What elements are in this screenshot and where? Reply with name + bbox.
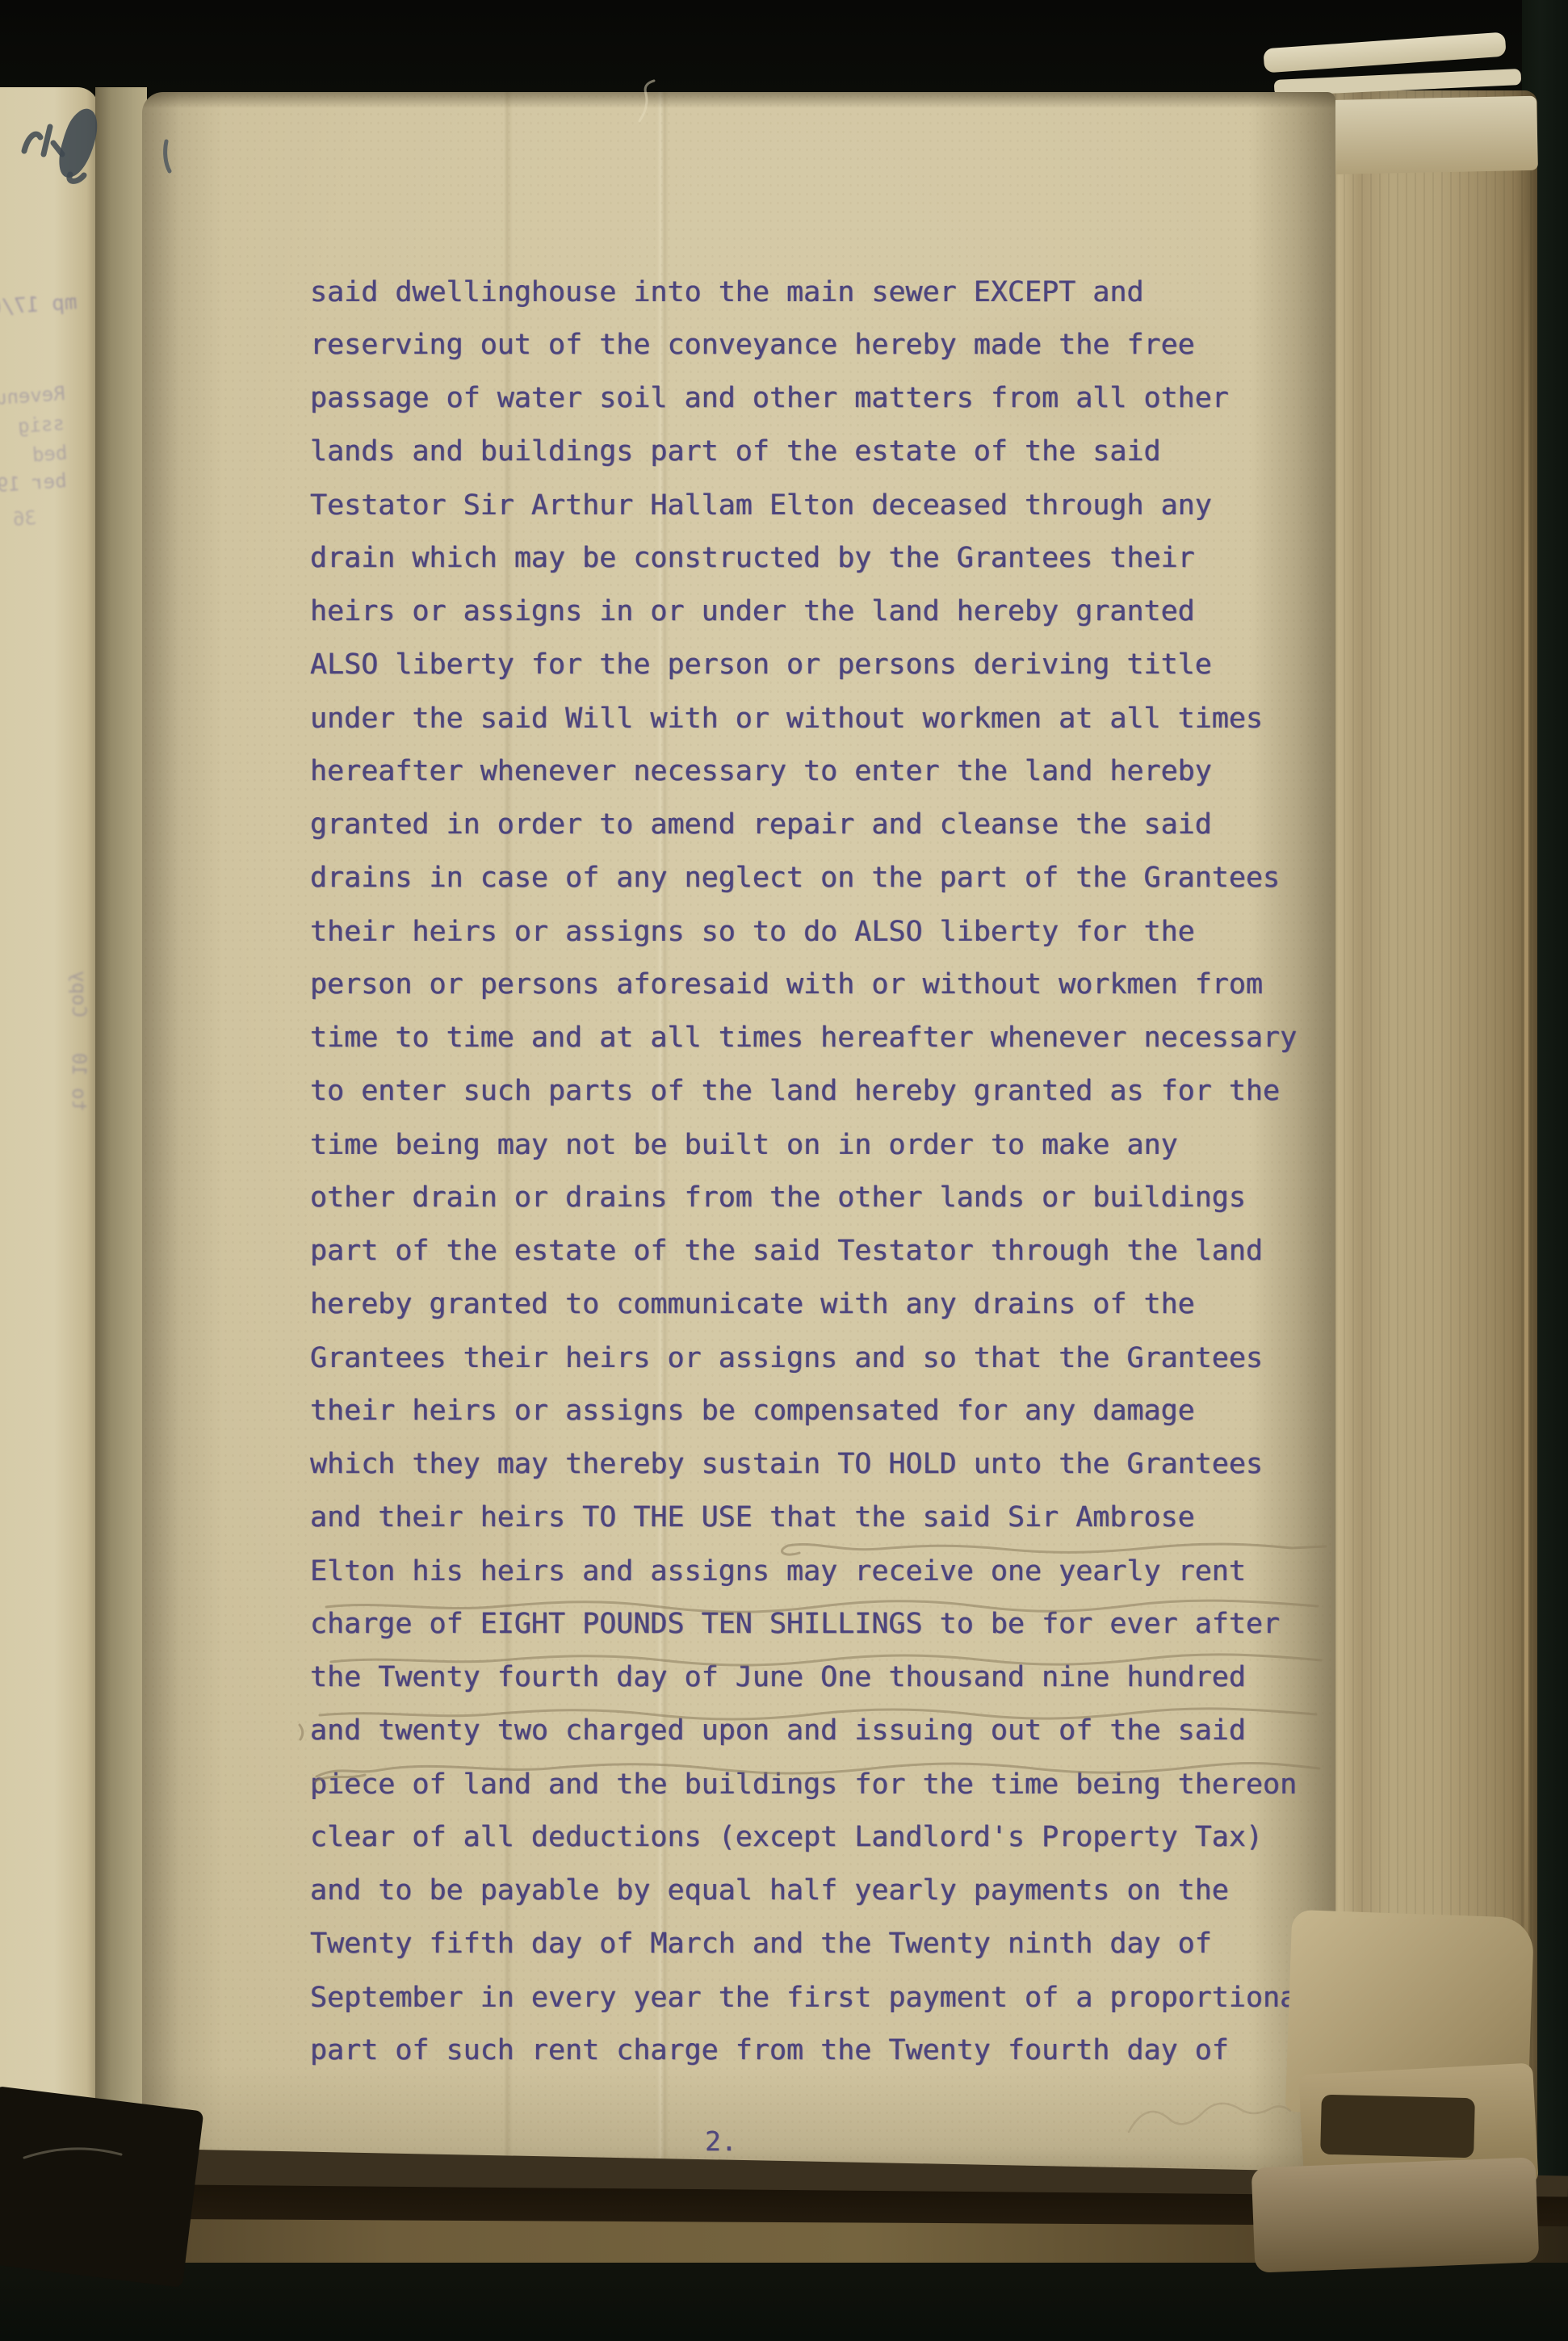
text-line: Grantees their heirs or assigns and so t… [310,1332,1360,1385]
text-line: Twenty fifth day of March and the Twenty… [310,1917,1360,1970]
page-edge-highlight [1524,210,1528,2067]
text-line: said dwellinghouse into the main sewer E… [310,266,1360,319]
text-line: piece of land and the buildings for the … [310,1758,1360,1811]
text-line: which they may thereby sustain TO HOLD u… [310,1437,1360,1491]
text-line: time being may not be built on in order … [310,1118,1360,1172]
text-line: their heirs or assigns be compensated fo… [310,1384,1360,1437]
book-photo: mp 17/6 Revenu ssig bed ber 19 36 Copy t… [0,0,1568,2341]
text-line: drain which may be constructed by the Gr… [310,531,1360,585]
text-line: lands and buildings part of the estate o… [310,425,1360,478]
text-line: time to time and at all times hereafter … [310,1011,1360,1064]
text-line: other drain or drains from the other lan… [310,1171,1360,1224]
text-line: part of such rent charge from the Twenty… [310,2024,1360,2077]
left-page-strip: mp 17/6 Revenu ssig bed ber 19 36 Copy t… [0,87,99,2187]
text-line: part of the estate of the said Testator … [310,1224,1360,1277]
page-number: 2. [705,2125,737,2158]
text-line: drains in case of any neglect on the par… [310,851,1360,904]
background-bottom [0,2263,1568,2341]
mirrored-text-fragment: Revenu [0,382,66,409]
text-line: clear of all deductions (except Landlord… [310,1810,1360,1864]
text-line: person or persons aforesaid with or with… [310,958,1360,1011]
vertical-text-fragment: to 10 [68,1053,90,1111]
text-line: passage of water soil and other matters … [310,371,1360,425]
text-line: granted in order to amend repair and cle… [310,798,1360,851]
text-line: charge of EIGHT POUNDS TEN SHILLINGS to … [310,1597,1360,1651]
text-line: and twenty two charged upon and issuing … [310,1704,1360,1757]
mirrored-text-fragment: mp 17/6 [0,290,78,321]
text-line: the Twenty fourth day of June One thousa… [310,1651,1360,1704]
text-line: and their heirs TO THE USE that the said… [310,1491,1360,1544]
vertical-text-fragment: Copy [68,971,90,1017]
text-line: to enter such parts of the land hereby g… [310,1064,1360,1118]
bottom-left-shadow [0,2086,203,2288]
mirrored-text-fragment: ssig [17,412,65,438]
mirrored-text-fragment: ber 19 [0,469,68,497]
gutter-shadow [95,87,147,2195]
text-line: reserving out of the conveyance hereby m… [310,318,1360,371]
text-line: and to be payable by equal half yearly p… [310,1864,1360,1917]
typewritten-text: said dwellinghouse into the main sewer E… [310,265,1360,2077]
crumpled-page-gap [1320,2095,1475,2159]
mirrored-text-fragment: bed [31,442,68,467]
mirrored-text-fragment: 36 [12,506,37,531]
text-line: hereby granted to communicate with any d… [310,1277,1360,1331]
text-line: September in every year the first paymen… [310,1971,1360,2024]
text-line: heirs or assigns in or under the land he… [310,585,1360,638]
text-line: Testator Sir Arthur Hallam Elton decease… [310,479,1360,532]
text-line: Elton his heirs and assigns may receive … [310,1545,1360,1598]
text-line: their heirs or assigns so to do ALSO lib… [310,905,1360,959]
text-line: hereafter whenever necessary to enter th… [310,745,1360,798]
text-line: under the said Will with or without work… [310,692,1360,745]
crumpled-page-corner [1251,2157,1540,2272]
text-line: ALSO liberty for the person or persons d… [310,638,1360,691]
top-page-edge [1263,32,1506,73]
document-page: said dwellinghouse into the main sewer E… [142,92,1335,2205]
